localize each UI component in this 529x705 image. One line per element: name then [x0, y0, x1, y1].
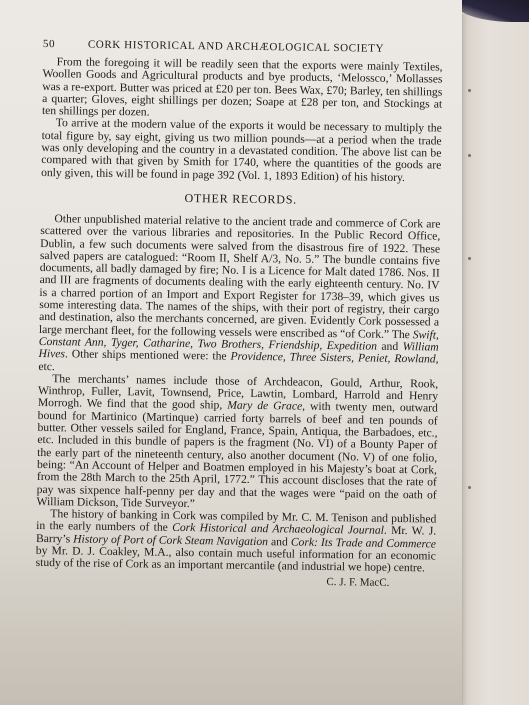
paragraph-public-record-office: Other unpublished material relative to t…	[38, 213, 440, 378]
adjacent-page-edge	[462, 14, 529, 705]
text-span: , with twenty men, outward bound for Mar…	[36, 400, 438, 510]
page-number: 50	[43, 38, 88, 51]
paragraph-merchants: The merchants’ names include those of Ar…	[36, 373, 438, 514]
book-page: 50 CORK HISTORICAL AND ARCHÆOLOGICAL SOC…	[0, 0, 462, 705]
spine-mark	[468, 89, 471, 92]
text-span: by Mr. D. J. Coakley, M.A., also contain…	[36, 544, 436, 575]
text-span: Other unpublished material relative to t…	[39, 212, 441, 341]
journal-title: CORK HISTORICAL AND ARCHÆOLOGICAL SOCIET…	[88, 39, 384, 55]
text-span: and	[268, 535, 291, 548]
spine-mark	[468, 154, 471, 157]
paragraph-modern-value: To arrive at the modern value of the exp…	[41, 117, 442, 184]
spine-mark	[468, 257, 471, 260]
section-title: OTHER RECORDS.	[41, 189, 441, 210]
page-content: 50 CORK HISTORICAL AND ARCHÆOLOGICAL SOC…	[35, 38, 443, 589]
ship-names: Providence, Three Sisters, Peniet, Rowla…	[230, 350, 435, 366]
spine-mark	[468, 486, 471, 489]
running-head: 50 CORK HISTORICAL AND ARCHÆOLOGICAL SOC…	[43, 38, 443, 56]
paragraph-exports: From the foregoing it will be readily se…	[42, 56, 443, 123]
text-span: . Other ships mentioned were: the	[65, 348, 231, 363]
paragraph-banking-history: The history of banking in Cork was compi…	[36, 508, 437, 575]
